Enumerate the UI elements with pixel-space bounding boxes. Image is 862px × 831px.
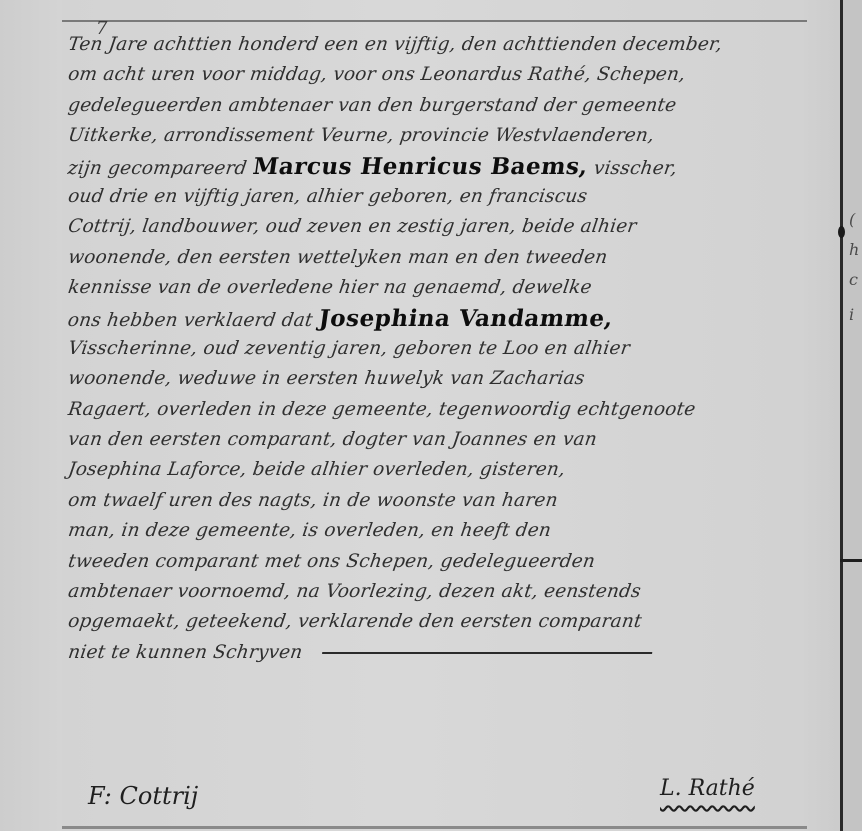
- text-line: Josephina Laforce, beide alhier overlede…: [66, 455, 842, 485]
- adjacent-page-fragment: (: [849, 210, 855, 229]
- declarant-occupation: visscher,: [592, 158, 678, 179]
- record-text: Ten Jare achttien honderd een en vijftig…: [66, 30, 838, 668]
- text-line: woonende, weduwe in eersten huwelyk van …: [66, 364, 842, 394]
- text-line: woonende, den eersten wettelyken man en …: [66, 243, 842, 273]
- text-line: om twaelf uren des nagts, in de woonste …: [66, 486, 842, 516]
- signature-rathe: L. Rathé: [660, 776, 755, 801]
- text-line: man, in deze gemeente, is overleden, en …: [66, 516, 842, 546]
- text-fragment: niet te kunnen Schryven: [67, 642, 304, 663]
- adjacent-page-edge: [843, 0, 862, 831]
- text-line: om acht uren voor middag, voor ons Leona…: [66, 60, 842, 90]
- margin-tick-mark: [840, 559, 862, 562]
- text-line: kennisse van de overledene hier na genae…: [66, 273, 842, 303]
- signature-cottrij: F: Cottrij: [88, 782, 198, 810]
- top-ruled-line: [62, 20, 807, 22]
- text-line: van den eersten comparant, dogter van Jo…: [66, 425, 842, 455]
- text-line: Ten Jare achttien honderd een en vijftig…: [66, 30, 842, 60]
- adjacent-page-fragment: h: [849, 240, 859, 259]
- declarant-name: Marcus Henricus Baems,: [251, 153, 590, 180]
- bottom-ruled-line: [62, 826, 807, 829]
- text-line: opgemaekt, geteekend, verklarende den ee…: [66, 607, 842, 637]
- deceased-name: Josephina Vandamme,: [317, 305, 615, 332]
- text-line: Uitkerke, arrondissement Veurne, provinc…: [66, 121, 842, 151]
- text-line: niet te kunnen Schryven: [66, 638, 842, 668]
- fill-line: [322, 652, 652, 654]
- text-line: oud drie en vijftig jaren, alhier gebore…: [66, 182, 842, 212]
- text-line: gedelegueerden ambtenaer van den burgers…: [66, 91, 842, 121]
- text-line: ambtenaer voornoemd, na Voorlezing, deze…: [66, 577, 842, 607]
- text-line: zijn gecompareerd Marcus Henricus Baems,…: [66, 152, 842, 182]
- adjacent-page-fragment: i: [849, 305, 854, 324]
- text-line: ons hebben verklaerd dat Josephina Vanda…: [66, 304, 842, 334]
- text-line: Cottrij, landbouwer, oud zeven en zestig…: [66, 212, 842, 242]
- text-line: tweeden comparant met ons Schepen, gedel…: [66, 547, 842, 577]
- document-scan: ( h c i 7 Ten Jare achttien honderd een …: [0, 0, 862, 831]
- text-fragment: zijn gecompareerd: [66, 158, 248, 179]
- adjacent-page-fragment: c: [849, 270, 858, 289]
- left-page-margin: [0, 0, 62, 831]
- text-fragment: ons hebben verklaerd dat: [66, 310, 314, 331]
- text-line: Visscherinne, oud zeventig jaren, gebore…: [66, 334, 842, 364]
- text-line: Ragaert, overleden in deze gemeente, teg…: [66, 395, 842, 425]
